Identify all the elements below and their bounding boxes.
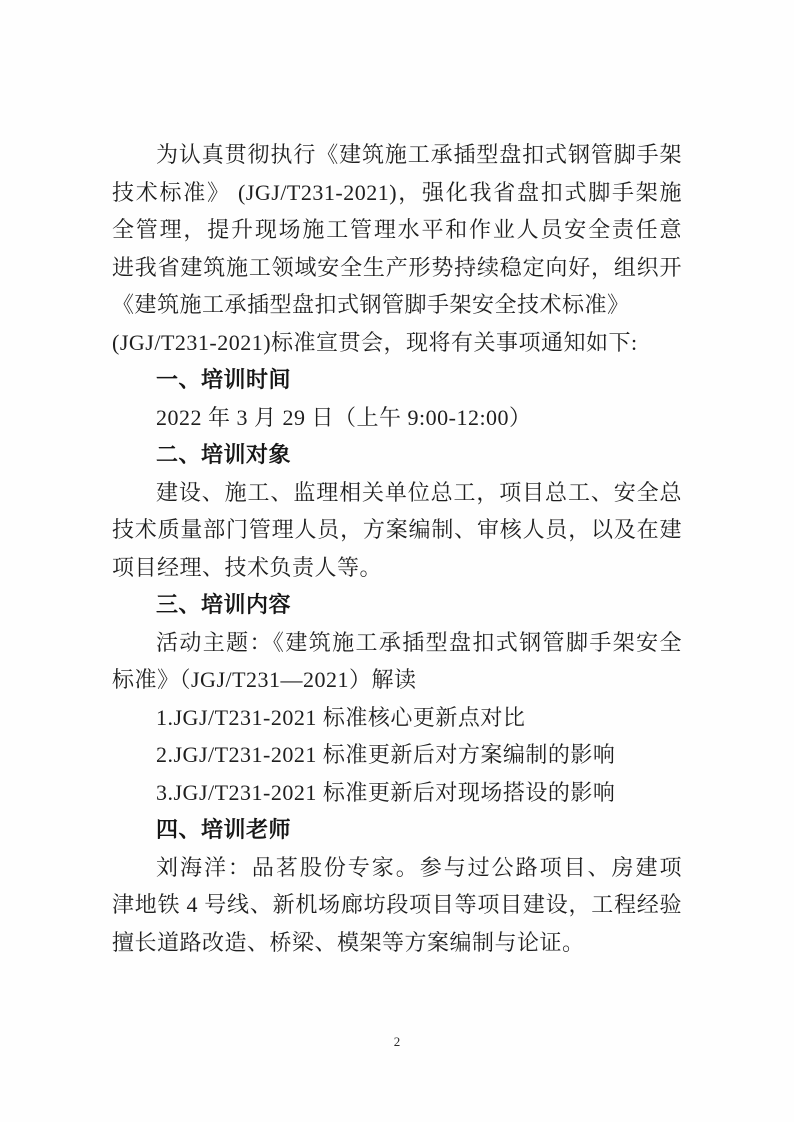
section-training-teacher: 四、培训老师 刘海洋：品茗股份专家。参与过公路项目、房建项目、天 津地铁 4 号… (112, 811, 682, 961)
list-item: 1.JGJ/T231-2021 标准核心更新点对比 (112, 699, 682, 737)
section-training-content: 三、培训内容 活动主题：《建筑施工承插型盘扣式钢管脚手架安全技术 标准》（JGJ… (112, 586, 682, 811)
text-line: 《建筑施工承插型盘扣式钢管脚手架安全技术标准》 (112, 286, 682, 324)
text-line: 技术标准》 (JGJ/T231-2021)，强化我省盘扣式脚手架施工安 (112, 174, 682, 212)
text-line: 2022 年 3 月 29 日（上午 9:00-12:00） (112, 399, 682, 437)
text-line: (JGJ/T231-2021)标准宣贯会，现将有关事项通知如下: (112, 324, 682, 362)
intro-paragraph: 为认真贯彻执行《建筑施工承插型盘扣式钢管脚手架安全 技术标准》 (JGJ/T23… (112, 136, 682, 361)
text-line: 标准》（JGJ/T231—2021）解读 (112, 661, 682, 699)
text-line: 技术质量部门管理人员，方案编制、审核人员，以及在建工程 (112, 511, 682, 549)
section-training-time: 一、培训时间 2022 年 3 月 29 日（上午 9:00-12:00） (112, 361, 682, 436)
text-line: 项目经理、技术负责人等。 (112, 549, 682, 587)
section-heading: 三、培训内容 (112, 586, 682, 624)
document-page: 为认真贯彻执行《建筑施工承插型盘扣式钢管脚手架安全 技术标准》 (JGJ/T23… (0, 0, 794, 1122)
section-heading: 一、培训时间 (112, 361, 682, 399)
page-number: 2 (0, 1034, 794, 1050)
text-line: 进我省建筑施工领域安全生产形势持续稳定向好，组织开展 (112, 249, 682, 287)
text-line: 津地铁 4 号线、新机场廊坊段项目等项目建设，工程经验丰富， (112, 886, 682, 924)
text-line: 活动主题：《建筑施工承插型盘扣式钢管脚手架安全技术 (112, 624, 682, 662)
list-item: 3.JGJ/T231-2021 标准更新后对现场搭设的影响 (112, 774, 682, 812)
section-heading: 二、培训对象 (112, 436, 682, 474)
list-item: 2.JGJ/T231-2021 标准更新后对方案编制的影响 (112, 736, 682, 774)
text-line: 为认真贯彻执行《建筑施工承插型盘扣式钢管脚手架安全 (112, 136, 682, 174)
text-line: 刘海洋：品茗股份专家。参与过公路项目、房建项目、天 (112, 849, 682, 887)
text-line: 建设、施工、监理相关单位总工，项目总工、安全总监、 (112, 474, 682, 512)
section-heading: 四、培训老师 (112, 811, 682, 849)
text-line: 全管理，提升现场施工管理水平和作业人员安全责任意识，促 (112, 211, 682, 249)
notice-content: 为认真贯彻执行《建筑施工承插型盘扣式钢管脚手架安全 技术标准》 (JGJ/T23… (112, 136, 682, 961)
section-training-audience: 二、培训对象 建设、施工、监理相关单位总工，项目总工、安全总监、 技术质量部门管… (112, 436, 682, 586)
text-line: 擅长道路改造、桥梁、模架等方案编制与论证。 (112, 924, 682, 962)
